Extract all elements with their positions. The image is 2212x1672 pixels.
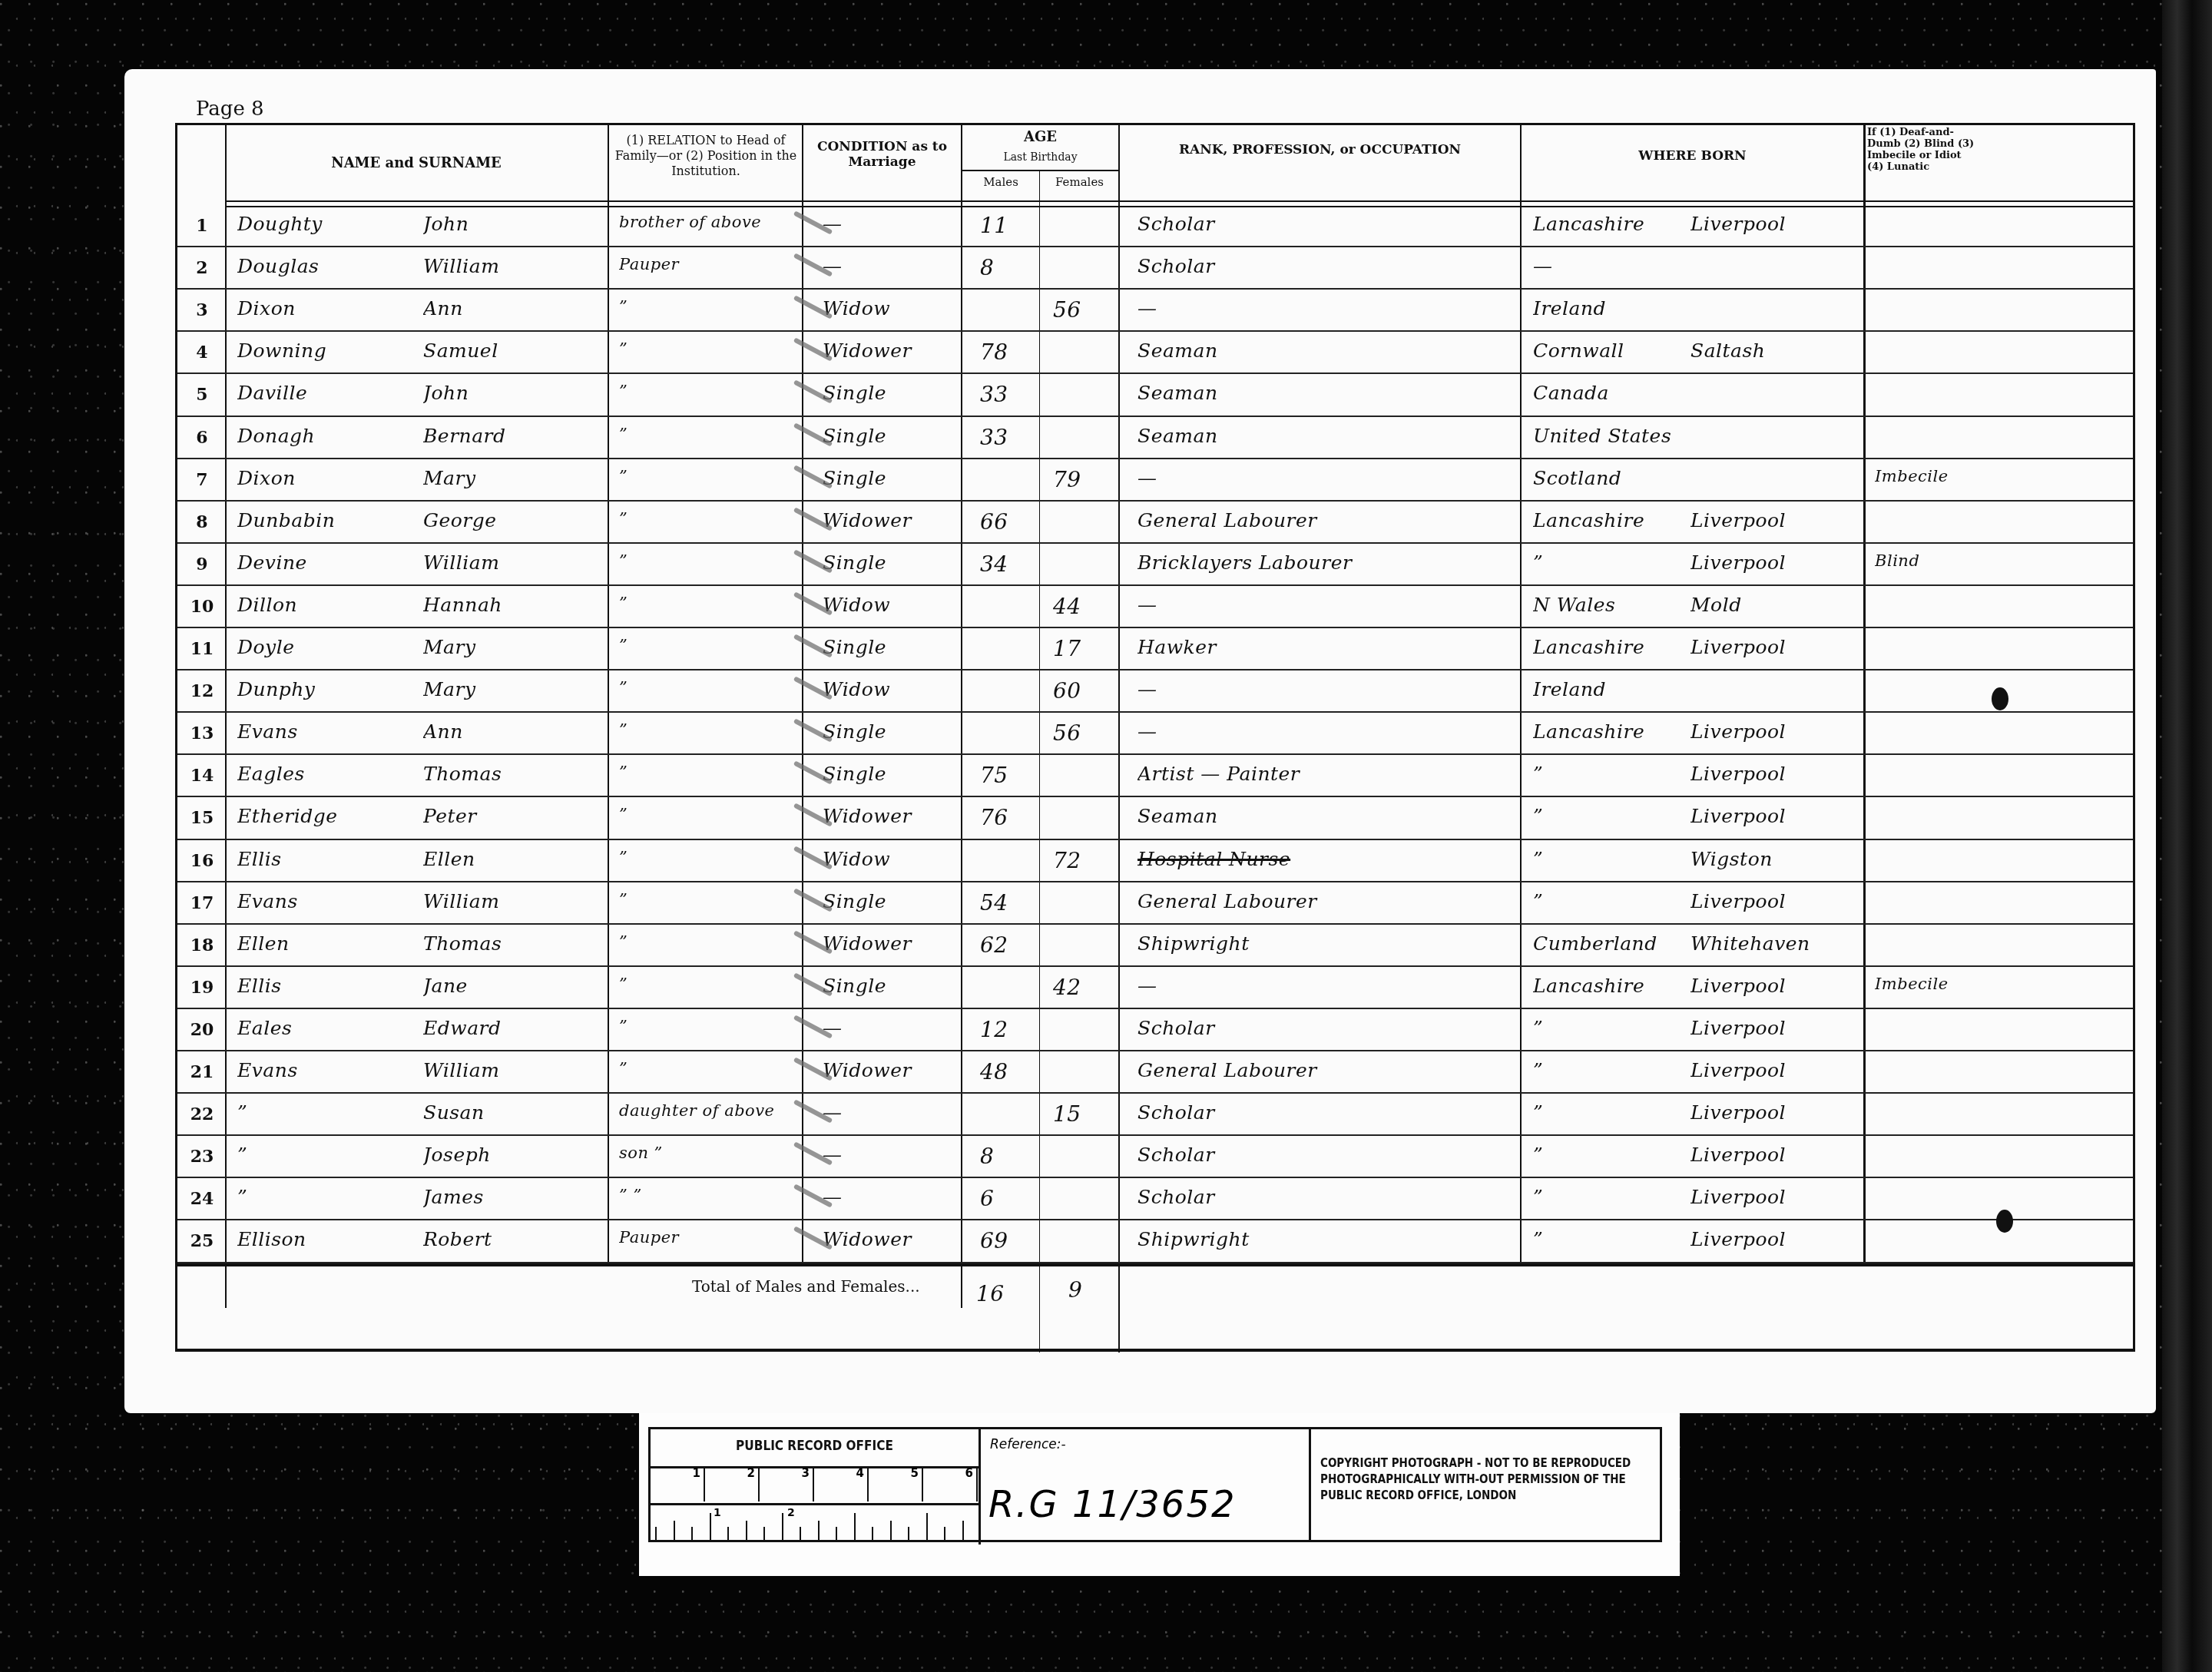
cell-occupation: Seaman [1137,425,1514,447]
cell-born-place: Liverpool [1690,890,1859,912]
cell-relation: ” [619,848,800,866]
cell-condition: Single [823,763,957,785]
ruler-mark: 5 [869,1466,923,1501]
cell-male-age: 54 [980,890,1038,915]
cell-forename: William [423,1059,604,1081]
cell-condition: — [823,213,957,235]
row-number: 9 [177,555,227,574]
col-divider [1039,170,1040,1352]
cell-surname: Eales [237,1017,414,1039]
cell-born-county: Ireland [1533,297,1687,320]
row-rule [177,1092,2133,1094]
row-number: 6 [177,428,227,448]
row-rule [177,1008,2133,1009]
cell-female-age: 79 [1053,467,1114,492]
label-frame: PUBLIC RECORD OFFICE 123456 12 Reference… [648,1427,1662,1542]
ruler-mark: 2 [705,1466,760,1501]
total-females: 9 [1068,1277,1082,1303]
row-rule [177,246,2133,247]
cell-occupation: General Labourer [1137,1059,1514,1081]
row-number: 23 [177,1147,227,1167]
cell-surname: ” [237,1144,414,1166]
cell-occupation: General Labourer [1137,509,1514,531]
cell-condition: — [823,1186,957,1208]
total-males: 16 [976,1281,1005,1306]
row-rule [177,711,2133,713]
cell-male-age: 33 [980,382,1038,407]
cell-condition: Widower [823,1059,957,1081]
cell-infirmity: Blind [1875,551,1990,570]
cell-female-age: 44 [1053,594,1114,619]
cell-occupation: Seaman [1137,339,1514,362]
cell-occupation: Scholar [1137,255,1514,277]
cell-male-age: 48 [980,1059,1038,1084]
cell-born-county: ” [1533,1059,1687,1081]
cell-born-place: Liverpool [1690,1186,1859,1208]
cell-male-age: 75 [980,763,1038,788]
cell-relation: ” [619,509,800,528]
cell-born-place: Liverpool [1690,805,1859,827]
row-rule [177,627,2133,628]
row-rule [177,923,2133,925]
ruler-mark: 4 [814,1466,869,1501]
cell-born-county: ” [1533,1228,1687,1250]
reference-caption: Reference:- [990,1437,1066,1452]
cell-male-age: 69 [980,1228,1038,1253]
row-number: 15 [177,808,227,828]
cell-occupation: Scholar [1137,1186,1514,1208]
cell-condition: Single [823,975,957,997]
cell-surname: Etheridge [237,805,414,827]
cell-condition: Widow [823,594,957,616]
cell-male-age: 66 [980,509,1038,535]
col-divider [961,125,962,1308]
cell-condition: Widow [823,297,957,320]
ruler-tick [872,1527,873,1542]
cell-condition: Widower [823,1228,957,1250]
ink-blot [1992,687,2008,710]
cell-forename: Thomas [423,932,604,955]
cell-born-place: Saltash [1690,339,1859,362]
ruler-block: PUBLIC RECORD OFFICE 123456 12 [651,1429,981,1545]
row-number: 11 [177,639,227,659]
header-infirmity: If (1) Deaf-and-Dumb (2) Blind (3) Imbec… [1867,125,1975,204]
cell-relation: ” [619,467,800,485]
row-number: 17 [177,893,227,913]
office-title: PUBLIC RECORD OFFICE [651,1429,979,1468]
cell-forename: Mary [423,678,604,700]
cell-surname: Ellen [237,932,414,955]
cell-born-place: Liverpool [1690,1144,1859,1166]
cell-condition: — [823,255,957,277]
cell-born-county: Lancashire [1533,509,1687,531]
cell-born-county: Lancashire [1533,213,1687,235]
cell-born-county: — [1533,255,1687,277]
totals-rule [177,1263,2133,1266]
cell-relation: ” [619,805,800,823]
cell-forename: William [423,255,604,277]
cell-surname: Douglas [237,255,414,277]
cell-condition: — [823,1101,957,1124]
ruler-tick [800,1527,801,1542]
cell-male-age: 8 [980,1144,1038,1169]
ruler-tick [782,1513,783,1542]
cell-condition: Single [823,636,957,658]
cell-forename: Mary [423,467,604,489]
cell-born-county: ” [1533,848,1687,870]
cell-occupation: Scholar [1137,213,1514,235]
cell-born-place: Liverpool [1690,763,1859,785]
cell-male-age: 78 [980,339,1038,365]
cell-born-place: Liverpool [1690,551,1859,574]
cell-forename: Robert [423,1228,604,1250]
cell-relation: ” [619,382,800,400]
ruler-mark: 3 [760,1466,814,1501]
ruler-tick [655,1527,657,1542]
cell-born-county: N Wales [1533,594,1687,616]
cell-relation: ” [619,1017,800,1035]
cell-born-place: Liverpool [1690,720,1859,743]
cell-condition: — [823,1017,957,1039]
cell-female-age: 42 [1053,975,1114,1000]
cell-condition: Single [823,551,957,574]
ruler-tick [944,1527,945,1542]
row-rule [177,796,2133,797]
cell-occupation: General Labourer [1137,890,1514,912]
row-number: 21 [177,1062,227,1082]
cell-born-county: Scotland [1533,467,1687,489]
cell-male-age: 6 [980,1186,1038,1211]
header-condition: CONDITION as to Marriage [803,125,961,204]
row-number: 12 [177,681,227,701]
cell-born-place: Liverpool [1690,1228,1859,1250]
cell-occupation: — [1137,297,1514,320]
cell-infirmity: Imbecile [1875,975,1990,993]
row-rule [177,416,2133,417]
cell-born-county: ” [1533,1017,1687,1039]
cell-condition: Single [823,720,957,743]
row-number: 10 [177,597,227,617]
cell-born-place: Mold [1690,594,1859,616]
cell-condition: Single [823,467,957,489]
cell-surname: Doughty [237,213,414,235]
cell-forename: John [423,213,604,235]
cell-female-age: 17 [1053,636,1114,661]
row-number: 25 [177,1231,227,1251]
row-number: 20 [177,1020,227,1040]
cell-born-county: United States [1533,425,1687,447]
header-where-born: WHERE BORN [1522,125,1863,204]
row-rule [177,1219,2133,1220]
header-name: NAME and SURNAME [225,125,608,204]
ruler-tick [818,1521,820,1542]
cell-born-place: Wigston [1690,848,1859,870]
cell-surname: Eagles [237,763,414,785]
cell-born-county: Canada [1533,382,1687,404]
cell-born-place: Liverpool [1690,1101,1859,1124]
row-rule [177,1177,2133,1178]
cell-forename: James [423,1186,604,1208]
cell-occupation: Shipwright [1137,1228,1514,1250]
cell-born-county: Lancashire [1533,975,1687,997]
row-rule [177,881,2133,882]
cell-occupation: Shipwright [1137,932,1514,955]
row-rule [177,330,2133,332]
cell-forename: George [423,509,604,531]
cell-born-place: Liverpool [1690,975,1859,997]
cell-relation: ” [619,425,800,443]
cell-condition: Widower [823,339,957,362]
col-divider [1118,125,1120,1352]
cell-born-county: ” [1533,890,1687,912]
cell-relation: Pauper [619,255,800,273]
header-females: Females [1041,171,1118,194]
row-number: 22 [177,1104,227,1124]
cell-relation: ” [619,297,800,316]
cell-condition: Widow [823,678,957,700]
cell-born-place: Whitehaven [1690,932,1859,955]
row-number: 24 [177,1189,227,1209]
cell-surname: Ellison [237,1228,414,1250]
record-office-label: PUBLIC RECORD OFFICE 123456 12 Reference… [639,1413,1680,1576]
row-number: 7 [177,470,227,490]
cell-surname: Ellis [237,848,414,870]
cell-surname: Daville [237,382,414,404]
col-divider [1863,125,1866,1262]
cell-relation: ” ” [619,1186,800,1204]
cell-born-place: Liverpool [1690,213,1859,235]
cell-occupation: — [1137,678,1514,700]
ink-blot [1996,1210,2013,1233]
page-number: Page 8 [196,98,264,121]
header-males: Males [962,171,1039,194]
row-rule [177,542,2133,544]
col-divider [608,125,609,1262]
row-rule [177,500,2133,502]
cell-occupation: — [1137,720,1514,743]
row-rule [177,584,2133,586]
ruler-tick [926,1513,928,1542]
cell-occupation: — [1137,467,1514,489]
cell-surname: Dixon [237,297,414,320]
cell-surname: Dunphy [237,678,414,700]
ruler-number: 1 [714,1507,721,1519]
cell-relation: Pauper [619,1228,800,1247]
cell-born-county: ” [1533,551,1687,574]
cell-relation: ” [619,594,800,612]
cell-born-county: ” [1533,1144,1687,1166]
header-age-sub: Last Birthday [962,142,1118,165]
cell-condition: — [823,1144,957,1166]
cell-relation: ” [619,1059,800,1078]
row-number: 5 [177,385,227,405]
ruler-number: 2 [787,1507,795,1519]
cell-male-age: 62 [980,932,1038,958]
totals-label: Total of Males and Females... [692,1277,920,1296]
cell-born-county: Lancashire [1533,636,1687,658]
cell-relation: ” [619,975,800,993]
row-rule [177,1050,2133,1051]
ruler-tick [746,1521,747,1542]
cell-relation: ” [619,932,800,951]
cell-surname: Dunbabin [237,509,414,531]
reference-value: R.G 11/3652 [988,1483,1236,1526]
row-number: 3 [177,300,227,320]
cell-male-age: 76 [980,805,1038,830]
row-number: 2 [177,258,227,278]
col-divider [802,125,803,1262]
cell-surname: Doyle [237,636,414,658]
ruler-tick [763,1527,765,1542]
cell-relation: son ” [619,1144,800,1162]
cell-condition: Widower [823,509,957,531]
cell-condition: Single [823,382,957,404]
row-number: 16 [177,851,227,871]
row-number: 8 [177,512,227,532]
row-number: 19 [177,978,227,998]
cell-condition: Widower [823,805,957,827]
cell-born-county: Cumberland [1533,932,1687,955]
ruler-tick [674,1521,675,1542]
cell-surname: Evans [237,890,414,912]
cell-condition: Single [823,425,957,447]
ruler-tick [890,1521,892,1542]
cell-occupation: — [1137,594,1514,616]
cell-relation: ” [619,763,800,781]
cell-condition: Single [823,890,957,912]
cell-male-age: 33 [980,425,1038,450]
cell-female-age: 72 [1053,848,1114,873]
cell-condition: Widower [823,932,957,955]
cell-occupation: Seaman [1137,805,1514,827]
reference-block: Reference:- R.G 11/3652 [981,1429,1311,1540]
cell-occupation: Scholar [1137,1017,1514,1039]
row-rule [177,669,2133,670]
cell-forename: Ann [423,297,604,320]
cell-relation: ” [619,551,800,570]
row-number: 1 [177,216,227,236]
header-occupation: RANK, PROFESSION, or OCCUPATION [1120,125,1520,204]
cell-surname: Devine [237,551,414,574]
cell-forename: Edward [423,1017,604,1039]
cell-forename: Jane [423,975,604,997]
row-rule [177,753,2133,755]
cell-born-county: ” [1533,1186,1687,1208]
binding-spine [2162,0,2212,1672]
cell-relation: ” [619,339,800,358]
row-rule [177,1134,2133,1136]
cell-forename: Hannah [423,594,604,616]
row-rule [177,839,2133,840]
cell-forename: Mary [423,636,604,658]
cell-forename: Thomas [423,763,604,785]
cell-born-county: ” [1533,763,1687,785]
cell-born-place: Liverpool [1690,636,1859,658]
ruler-cm: 123456 [651,1466,979,1505]
cell-surname: Dillon [237,594,414,616]
cell-forename: Susan [423,1101,604,1124]
cell-born-county: Ireland [1533,678,1687,700]
cell-male-age: 34 [980,551,1038,577]
cell-female-age: 60 [1053,678,1114,704]
cell-relation: ” [619,636,800,654]
row-rule [177,288,2133,290]
cell-surname: Downing [237,339,414,362]
cell-forename: William [423,890,604,912]
cell-forename: Samuel [423,339,604,362]
row-rule [177,372,2133,374]
cell-surname: ” [237,1186,414,1208]
col-divider [1520,125,1522,1262]
cell-surname: Ellis [237,975,414,997]
cell-surname: Donagh [237,425,414,447]
cell-forename: Bernard [423,425,604,447]
ruler-tick [710,1513,711,1542]
row-number: 13 [177,723,227,743]
header-relation: (1) RELATION to Head of Family—or (2) Po… [610,125,802,204]
ruler-tick [854,1513,856,1542]
ruler-mark: 6 [923,1466,978,1501]
cell-infirmity: Imbecile [1875,467,1990,485]
cell-born-county: ” [1533,805,1687,827]
cell-male-age: 11 [980,213,1038,238]
ruler-tick [962,1521,964,1542]
cell-occupation: Bricklayers Labourer [1137,551,1514,574]
cell-occupation: — [1137,975,1514,997]
ruler-tick [908,1527,909,1542]
cell-relation: brother of above [619,213,800,231]
cell-forename: Ellen [423,848,604,870]
row-rule [177,965,2133,967]
cell-occupation: Seaman [1137,382,1514,404]
cell-forename: Ann [423,720,604,743]
cell-forename: John [423,382,604,404]
ruler-tick [836,1527,837,1542]
cell-occupation: Scholar [1137,1101,1514,1124]
cell-relation: ” [619,720,800,739]
cell-born-county: Lancashire [1533,720,1687,743]
census-table: NAME and SURNAME (1) RELATION to Head of… [175,123,2135,1352]
cell-occupation: Hawker [1137,636,1514,658]
cell-born-place: Liverpool [1690,1059,1859,1081]
cell-male-age: 12 [980,1017,1038,1042]
cell-female-age: 56 [1053,720,1114,746]
ruler-inches: 12 [651,1505,979,1542]
cell-relation: daughter of above [619,1101,800,1120]
row-rule [177,458,2133,459]
cell-forename: Peter [423,805,604,827]
cell-surname: Evans [237,1059,414,1081]
cell-born-place: Liverpool [1690,1017,1859,1039]
cell-born-county: ” [1533,1101,1687,1124]
cell-male-age: 8 [980,255,1038,280]
ruler-mark: 1 [651,1466,705,1501]
cell-surname: Dixon [237,467,414,489]
ruler-tick [691,1527,693,1542]
cell-relation: ” [619,890,800,909]
header-rule [225,200,2133,207]
cell-surname: ” [237,1101,414,1124]
cell-occupation: Scholar [1137,1144,1514,1166]
cell-occupation: Hospital Nurse [1137,848,1514,870]
cell-born-place: Liverpool [1690,509,1859,531]
cell-relation: ” [619,678,800,697]
cell-female-age: 15 [1053,1101,1114,1127]
cell-forename: William [423,551,604,574]
row-number: 4 [177,343,227,363]
cell-surname: Evans [237,720,414,743]
cell-occupation: Artist — Painter [1137,763,1514,785]
